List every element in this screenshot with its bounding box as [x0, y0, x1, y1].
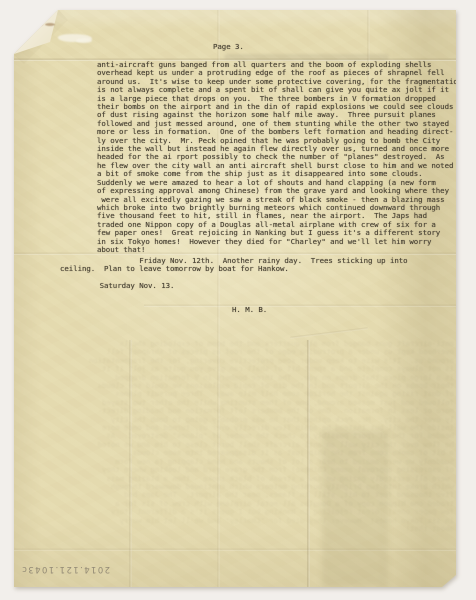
- horizontal-fold-crease-lower: [144, 304, 456, 307]
- diagonal-crease: [290, 327, 368, 338]
- author-initials: H. M. B.: [232, 306, 267, 314]
- scanned-document: anti-aircraft guns banged from all quart…: [0, 0, 476, 600]
- corner-brown-stain: [45, 23, 55, 26]
- horizontal-fold-crease-bottom: [14, 548, 456, 551]
- accession-number-pencil: 2014.121.1043c: [20, 564, 110, 574]
- paper-sheet: anti-aircraft guns banged from all quart…: [14, 10, 456, 587]
- corner-red-stain: [36, 22, 43, 26]
- paper-sheet-wrap: anti-aircraft guns banged from all quart…: [14, 10, 456, 587]
- paper-abrasion-patch-small: [76, 38, 92, 43]
- diary-body-paragraph: anti-aircraft guns banged from all quart…: [97, 61, 462, 254]
- diary-entry-paragraph: Friday Nov. 12th. Another rainy day. Tre…: [60, 257, 408, 291]
- page-number: Page 3.: [213, 43, 244, 51]
- bleed-through-text: anti-aircraft guns banged from all quart…: [54, 340, 454, 533]
